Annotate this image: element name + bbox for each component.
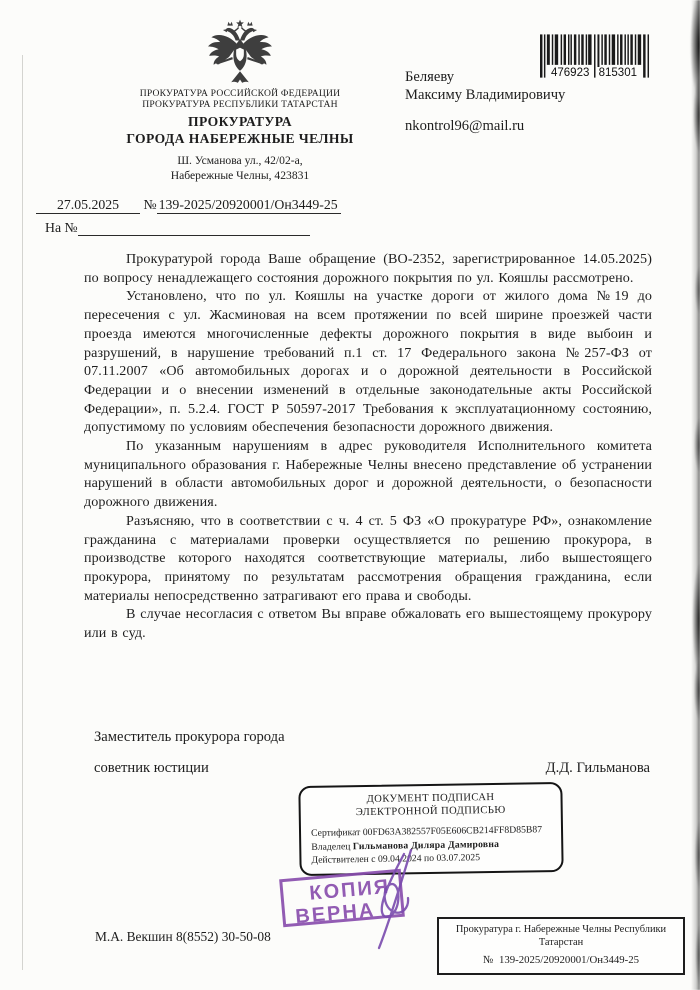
incoming-number-blank xyxy=(78,220,310,236)
letterhead-address-line2: Набережные Челны, 423831 xyxy=(98,169,382,183)
reference-line: 27.05.2025 №139-2025/20920001/Он3449-25 xyxy=(36,197,341,214)
barcode-digits-right: 815301 xyxy=(596,67,640,79)
registration-stamp-box: Прокуратура г. Набережные Челны Республи… xyxy=(437,917,685,975)
registration-stamp-org: Прокуратура г. Набережные Челны Республи… xyxy=(445,924,677,949)
letterhead-country-org: ПРОКУРАТУРА РОССИЙСКОЙ ФЕДЕРАЦИИ xyxy=(98,88,382,99)
recipient-block: Беляеву Максиму Владимировичу xyxy=(405,68,565,104)
body-paragraph: Прокуратурой города Ваше обращение (ВО-2… xyxy=(84,250,652,287)
letterhead-address-line1: Ш. Усманова ул., 42/02-а, xyxy=(98,154,382,168)
incoming-reference-line: На № xyxy=(45,220,310,236)
scanned-letter-page: ПРОКУРАТУРА РОССИЙСКОЙ ФЕДЕРАЦИИ ПРОКУРА… xyxy=(0,0,700,990)
body-paragraph: Установлено, что по ул. Кояшлы на участк… xyxy=(84,287,652,437)
letter-number: 139-2025/20920001/Он3449-25 xyxy=(157,197,341,214)
incoming-label: На № xyxy=(45,220,78,235)
executor-contact: М.А. Векшин 8(8552) 30-50-08 xyxy=(95,929,271,945)
esign-certificate-value: 00FD63A382557F05E606CB214FF8D85B87 xyxy=(363,824,542,838)
recipient-surname: Беляеву xyxy=(405,68,565,86)
body-paragraph: Разъясняю, что в соответствии с ч. 4 ст.… xyxy=(84,512,652,606)
letterhead-office-line2: ГОРОДА НАБЕРЕЖНЫЕ ЧЕЛНЫ xyxy=(98,131,382,147)
recipient-email: nkontrol96@mail.ru xyxy=(405,118,524,135)
scan-edge-line xyxy=(22,55,23,970)
signer-post-line2: советник юстиции xyxy=(94,760,209,777)
letterhead: ПРОКУРАТУРА РОССИЙСКОЙ ФЕДЕРАЦИИ ПРОКУРА… xyxy=(98,88,382,183)
handwritten-signature xyxy=(352,848,432,957)
recipient-name-patronymic: Максиму Владимировичу xyxy=(405,86,565,104)
registration-stamp-number: № 139-2025/20920001/Он3449-25 xyxy=(445,954,677,966)
letter-body: Прокуратурой города Ваше обращение (ВО-2… xyxy=(84,250,652,643)
letterhead-office-line1: ПРОКУРАТУРА xyxy=(98,114,382,130)
signer-post-line1: Заместитель прокурора города xyxy=(94,729,285,746)
letterhead-region-org: ПРОКУРАТУРА РЕСПУБЛИКИ ТАТАРСТАН xyxy=(98,99,382,110)
esign-title-line2: ЭЛЕКТРОННОЙ ПОДПИСЬЮ xyxy=(311,804,551,820)
number-sign: № xyxy=(143,197,156,212)
body-paragraph: В случае несогласия с ответом Вы вправе … xyxy=(84,605,652,642)
letter-date: 27.05.2025 xyxy=(36,197,140,214)
double-headed-eagle-emblem-icon xyxy=(207,16,273,98)
signer-name: Д.Д. Гильманова xyxy=(546,760,650,777)
scan-smudge-artifact xyxy=(678,0,700,990)
body-paragraph: По указанным нарушениям в адрес руководи… xyxy=(84,437,652,512)
